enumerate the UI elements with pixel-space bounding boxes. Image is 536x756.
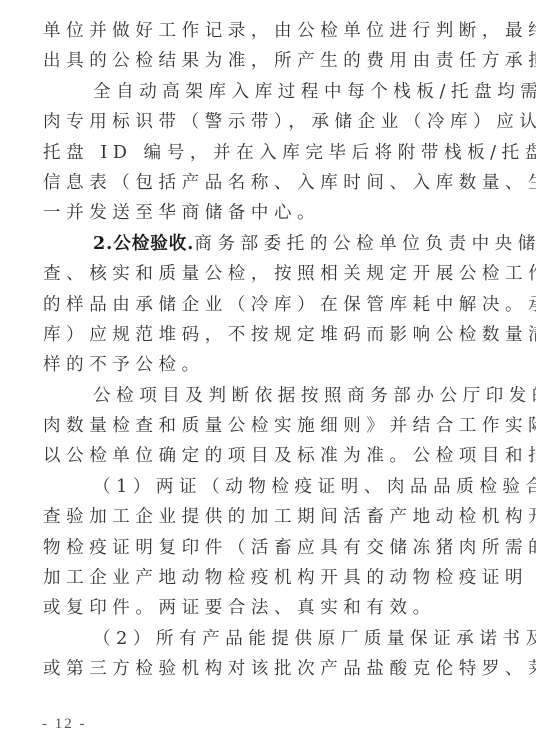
text-line: 一并发送至华商储备中心。 <box>43 198 493 228</box>
text-line: 查、核实和质量公检，按照相关规定开展公检工作。公检抽取 <box>43 259 493 289</box>
text-line: 的样品由承储企业（冷库）在保管库耗中解决。承储企业（冷 <box>43 290 493 320</box>
text-line: 查验加工企业提供的加工期间活畜产地动检机构开具的活畜动 <box>43 502 493 532</box>
list-item-2-line: （2）所有产品能提供原厂质量保证承诺书及有关监管部门 <box>43 624 493 654</box>
section-heading-line: 2.公检验收.商务部委托的公检单位负责中央储备肉数量检 <box>43 229 493 259</box>
text-line: 托盘 ID 编号，并在入库完毕后将附带栈板/托盘 ID 编号的详细 <box>43 138 493 168</box>
paragraph-start-line: 全自动高架库入库过程中每个栈板/托盘均需缠绕中央储备 <box>43 77 493 107</box>
list-item-1-line: （1）两证（动物检疫证明、肉品品质检验合格证）齐全。 <box>43 472 493 502</box>
text-line: 或第三方检验机构对该批次产品盐酸克伦特罗、莱克多巴胺、 <box>43 654 493 684</box>
section-heading-text: 商务部委托的公检单位负责中央储备肉数量检 <box>194 234 536 254</box>
document-page: 单位并做好工作记录，由公检单位进行判断，最终以公检单位 出具的公检结果为准，所产… <box>0 0 536 756</box>
text-line: 肉专用标识带（警示带），承储企业（冷库）应认真记录栈板/ <box>43 107 493 137</box>
text-line: 单位并做好工作记录，由公检单位进行判断，最终以公检单位 <box>43 16 493 46</box>
paragraph-start-line: 公检项目及判断依据按照商务部办公厅印发的《中央储备 <box>43 381 493 411</box>
text-line: 样的不予公检。 <box>43 350 493 380</box>
document-body: 单位并做好工作记录，由公检单位进行判断，最终以公检单位 出具的公检结果为准，所产… <box>43 16 493 685</box>
text-line: 物检疫证明复印件（活畜应具有交储冻猪肉所需的合理数量）、 <box>43 533 493 563</box>
text-line: 加工企业产地动物检疫机构开具的动物检疫证明（产品）原件 <box>43 563 493 593</box>
text-line: 信息表（包括产品名称、入库时间、入库数量、生产日期等） <box>43 168 493 198</box>
section-heading: 2.公检验收. <box>93 234 194 254</box>
text-line: 以公检单位确定的项目及标准为准。公检项目和指标具体如下： <box>43 441 493 471</box>
text-line: 出具的公检结果为准，所产生的费用由责任方承担。 <box>43 46 493 76</box>
page-number: - 12 - <box>42 716 87 733</box>
text-line: 或复印件。两证要合法、真实和有效。 <box>43 593 493 623</box>
text-line: 库）应规范堆码，不按规定堆码而影响公检数量清点或质量抽 <box>43 320 493 350</box>
text-line: 肉数量检查和质量公检实施细则》并结合工作实际确定，具体 <box>43 411 493 441</box>
